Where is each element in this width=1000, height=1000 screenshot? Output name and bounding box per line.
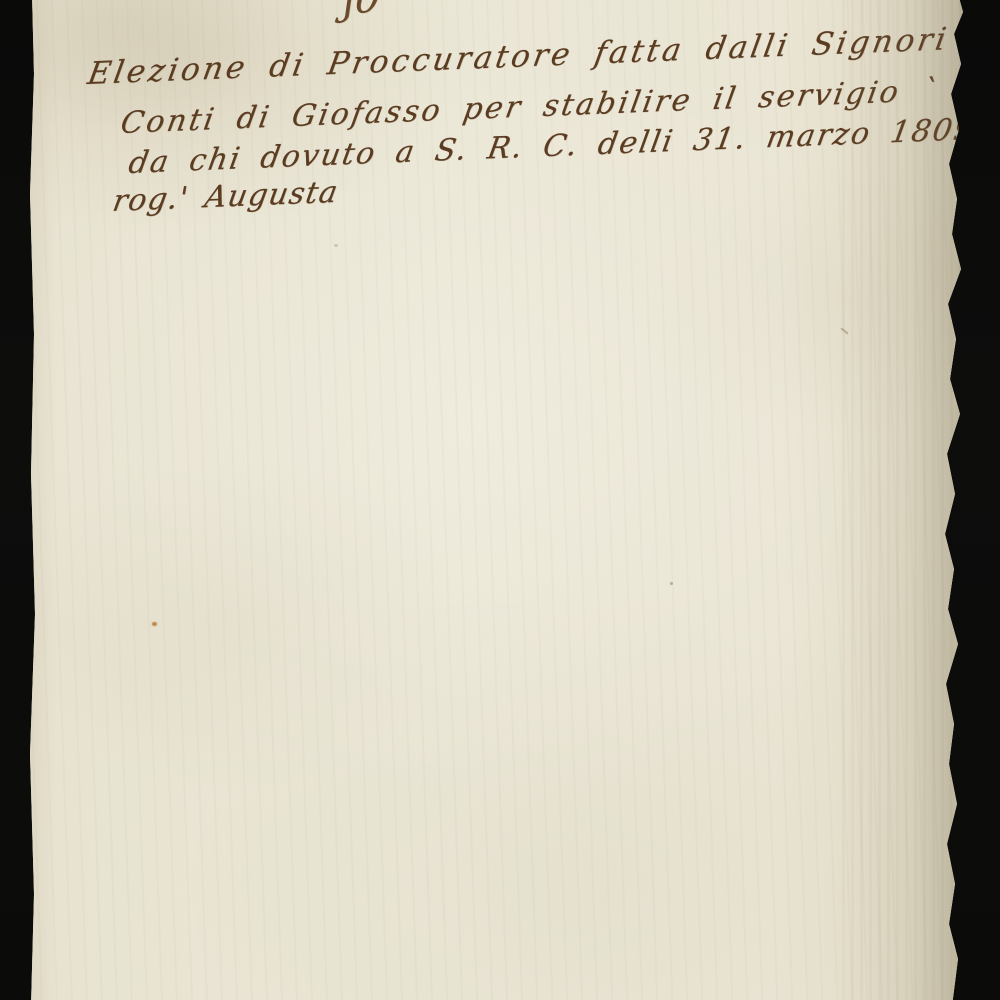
manuscript-page: ʃ0 ” Elezione di Proccuratore fatta dall… [28, 0, 966, 1000]
paper-fiber [840, 327, 848, 334]
handwritten-line-4: rog.' Augusta [110, 175, 341, 219]
photograph-background: ʃ0 ” Elezione di Proccuratore fatta dall… [0, 0, 1000, 1000]
docket-tick-mark: ” [421, 0, 441, 19]
paper-stain-faint [334, 244, 338, 247]
docket-number: ʃ0 [342, 0, 383, 24]
paper-stain-rust [152, 622, 157, 626]
paper-stain-brown [670, 582, 673, 585]
